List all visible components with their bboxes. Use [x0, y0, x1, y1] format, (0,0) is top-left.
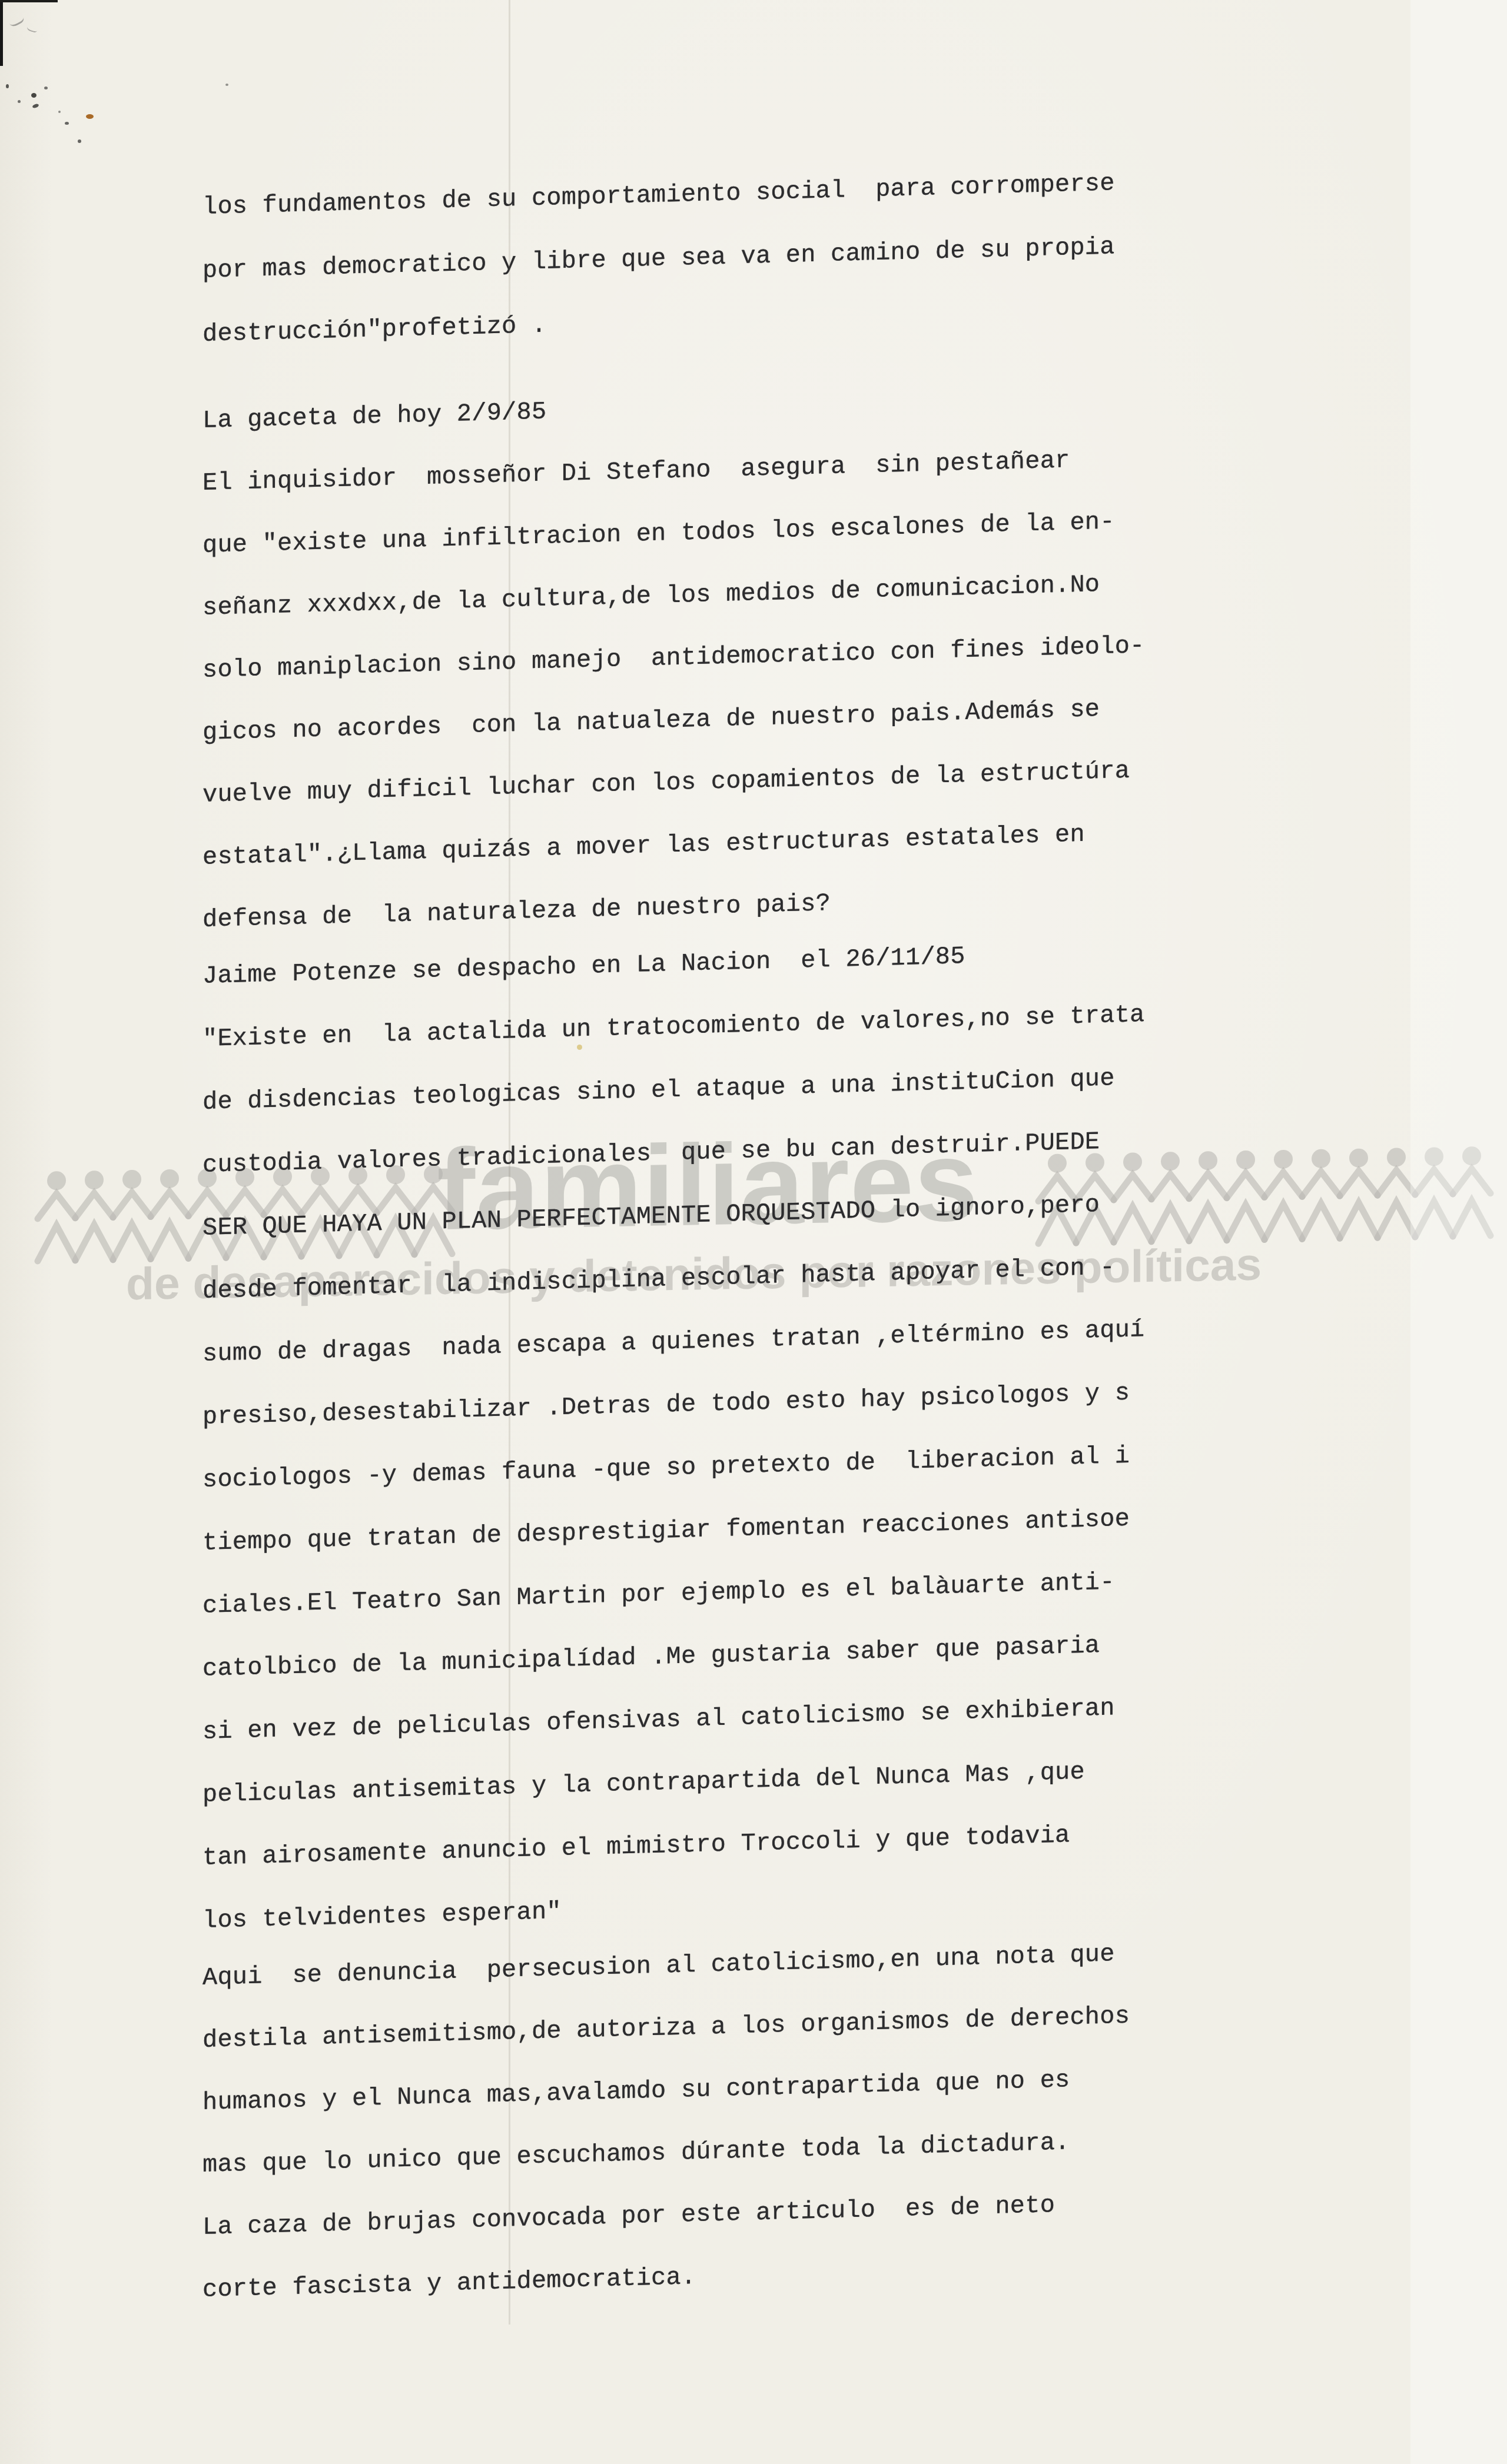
scan-speckle [44, 87, 48, 89]
scan-speckle [78, 139, 81, 143]
paragraph-gaceta-quote: La gaceta de hoy 2/9/85El inquisidor mos… [203, 365, 1144, 951]
scan-edge-artifact-left [0, 0, 3, 66]
ink-stain-orange [86, 114, 94, 119]
scan-speckle [58, 111, 61, 113]
scan-speckle [31, 93, 36, 98]
typed-text-layer: los fundamentos de su comportamiento soc… [0, 0, 1507, 2464]
document-scan-page: familiares de desaparecidos y detenidos … [0, 0, 1507, 2464]
scan-speckle [65, 122, 69, 125]
paper-fold-crease [509, 0, 510, 2325]
paragraph-commentary: Aqui se denuncia persecusion al catolici… [203, 1923, 1130, 2321]
paragraph-nacion-quote: Jaime Potenze se despacho en La Nacion e… [203, 920, 1144, 1953]
scan-edge-artifact-top [0, 0, 58, 2]
scan-speckle [18, 100, 21, 103]
paragraph-intro: los fundamentos de su comportamiento soc… [203, 151, 1115, 366]
scan-speckle [225, 84, 228, 86]
scan-speckle [6, 84, 9, 88]
paper-stain-yellow [577, 1045, 582, 1050]
